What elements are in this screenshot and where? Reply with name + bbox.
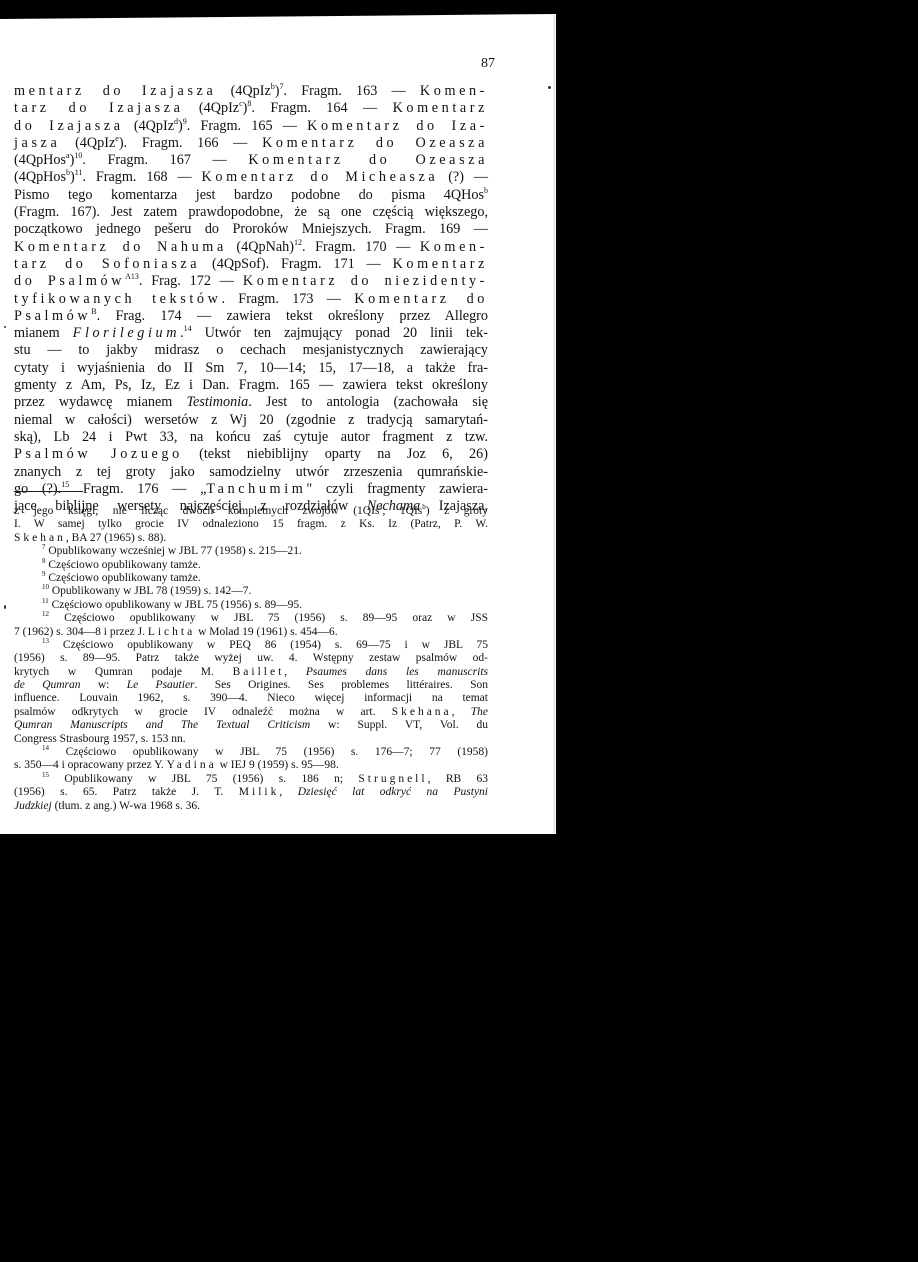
footnote-line: s. 350—4 i opracowany przez Y. Yadina w …: [14, 759, 488, 772]
footnote-9: 9 Częściowo opublikowany tamże.: [14, 572, 488, 585]
text-line: Pismo tego komentarza jest bardzo podobn…: [14, 187, 488, 204]
footnote-7: 7 Opublikowany wcześniej w JBL 77 (1958)…: [14, 545, 488, 558]
text-line: (4QpHosa)10. Fragm. 167 — Komentarz do O…: [14, 152, 488, 169]
footnote-11: 11 Częściowo opublikowany w JBL 75 (1956…: [14, 599, 488, 612]
text-line: gmenty z Am, Ps, Iz, Ez i Dan. Fragm. 16…: [14, 377, 488, 394]
footnote-separator: [14, 491, 83, 492]
text-line: (4QpHosb)11. Fragm. 168 — Komentarz do M…: [14, 169, 488, 186]
text-line: początkowo jednego pešeru do Proroków Mn…: [14, 221, 488, 238]
text-line: tarz do Izajasza (4QpIzc)8. Fragm. 164 —…: [14, 100, 488, 117]
footnote-line: 7 (1962) s. 304—8 i przez J. Lichta w Mo…: [14, 626, 488, 639]
footnotes: z jego księgi, nie licząc dwóch kompletn…: [14, 505, 488, 813]
page-edge: [553, 14, 556, 834]
footnote-8: 8 Częściowo opublikowany tamże.: [14, 559, 488, 572]
footnote-line: z jego księgi, nie licząc dwóch kompletn…: [14, 505, 488, 518]
footnote-13: 13 Częściowo opublikowany w PEQ 86 (1954…: [14, 639, 488, 652]
text-line: tarz do Sofoniasza (4QpSof). Fragm. 171 …: [14, 256, 488, 273]
text-line: go (?).15 Fragm. 176 — „Tanchumim" czyli…: [14, 481, 488, 498]
text-line: (Fragm. 167). Jest zatem prawdopodobne, …: [14, 204, 488, 221]
text-line: do PsalmówA13. Frag. 172 — Komentarz do …: [14, 273, 488, 290]
text-line: stu — to jakby midrasz o cechach mesjani…: [14, 342, 488, 359]
text-line: jasza (4QpIze). Fragm. 166 — Komentarz d…: [14, 135, 488, 152]
footnote-line: Congress Strasbourg 1957, s. 153 nn.: [14, 733, 488, 746]
text-line: ską), Lb 24 i Pwt 33, na końcu zaś cytuj…: [14, 429, 488, 446]
scan-speck: [548, 86, 551, 89]
footnote-line: psalmów odkrytych w grocie IV odnaleźć m…: [14, 706, 488, 719]
text-line: mentarz do Izajasza (4QpIzb)7. Fragm. 16…: [14, 83, 488, 100]
footnote-line: Skehan, BA 27 (1965) s. 88).: [14, 532, 488, 545]
text-line: mianem Florilegium.14 Utwór ten zajmując…: [14, 325, 488, 342]
footnote-15: 15 Opublikowany w JBL 75 (1956) s. 186 n…: [14, 773, 488, 786]
footnote-line: krytych w Qumran podaje M. Baillet, Psau…: [14, 666, 488, 679]
footnote-line: Judzkiej (tłum. z ang.) W-wa 1968 s. 36.: [14, 800, 488, 813]
footnote-14: 14 Częściowo opublikowany w JBL 75 (1956…: [14, 746, 488, 759]
footnote-line: I. W samej tylko grocie IV odnaleziono 1…: [14, 518, 488, 531]
page-number: 87: [481, 56, 495, 72]
text-line: tyfikowanych tekstów. Fragm. 173 — Komen…: [14, 291, 488, 308]
text-line: Komentarz do Nahuma (4QpNah)12. Fragm. 1…: [14, 239, 488, 256]
footnote-line: Qumran Manuscripts and The Textual Criti…: [14, 719, 488, 732]
text-line: cytaty i wyjaśnienia do II Sm 7, 10—14; …: [14, 360, 488, 377]
text-line: Psalmów Jozuego (tekst niebiblijny opart…: [14, 446, 488, 463]
footnote-line: (1956) s. 65. Patrz także J. T. Milik, D…: [14, 786, 488, 799]
footnote-line: (1956) s. 89—95. Patrz także wyżej uw. 4…: [14, 652, 488, 665]
footnote-12: 12 Częściowo opublikowany w JBL 75 (1956…: [14, 612, 488, 625]
text-line: przez wydawcę mianem Testimonia. Jest to…: [14, 394, 488, 411]
text-line: niemal w całości) wersetów z Wj 20 (zgod…: [14, 412, 488, 429]
footnote-line: de Qumran w: Le Psautier. Ses Origines. …: [14, 679, 488, 692]
text-line: PsalmówB. Frag. 174 — zawiera tekst okre…: [14, 308, 488, 325]
text-line: do Izajasza (4QpIzd)9. Fragm. 165 — Kome…: [14, 118, 488, 135]
text-line: znanych z tej groty jako samodzielny utw…: [14, 464, 488, 481]
scan-speck: [4, 326, 6, 328]
scan-speck: [4, 605, 6, 609]
footnote-10: 10 Opublikowany w JBL 78 (1959) s. 142—7…: [14, 585, 488, 598]
footnote-line: influence. Louvain 1962, s. 390—4. Nieco…: [14, 692, 488, 705]
main-text: mentarz do Izajasza (4QpIzb)7. Fragm. 16…: [14, 83, 488, 515]
